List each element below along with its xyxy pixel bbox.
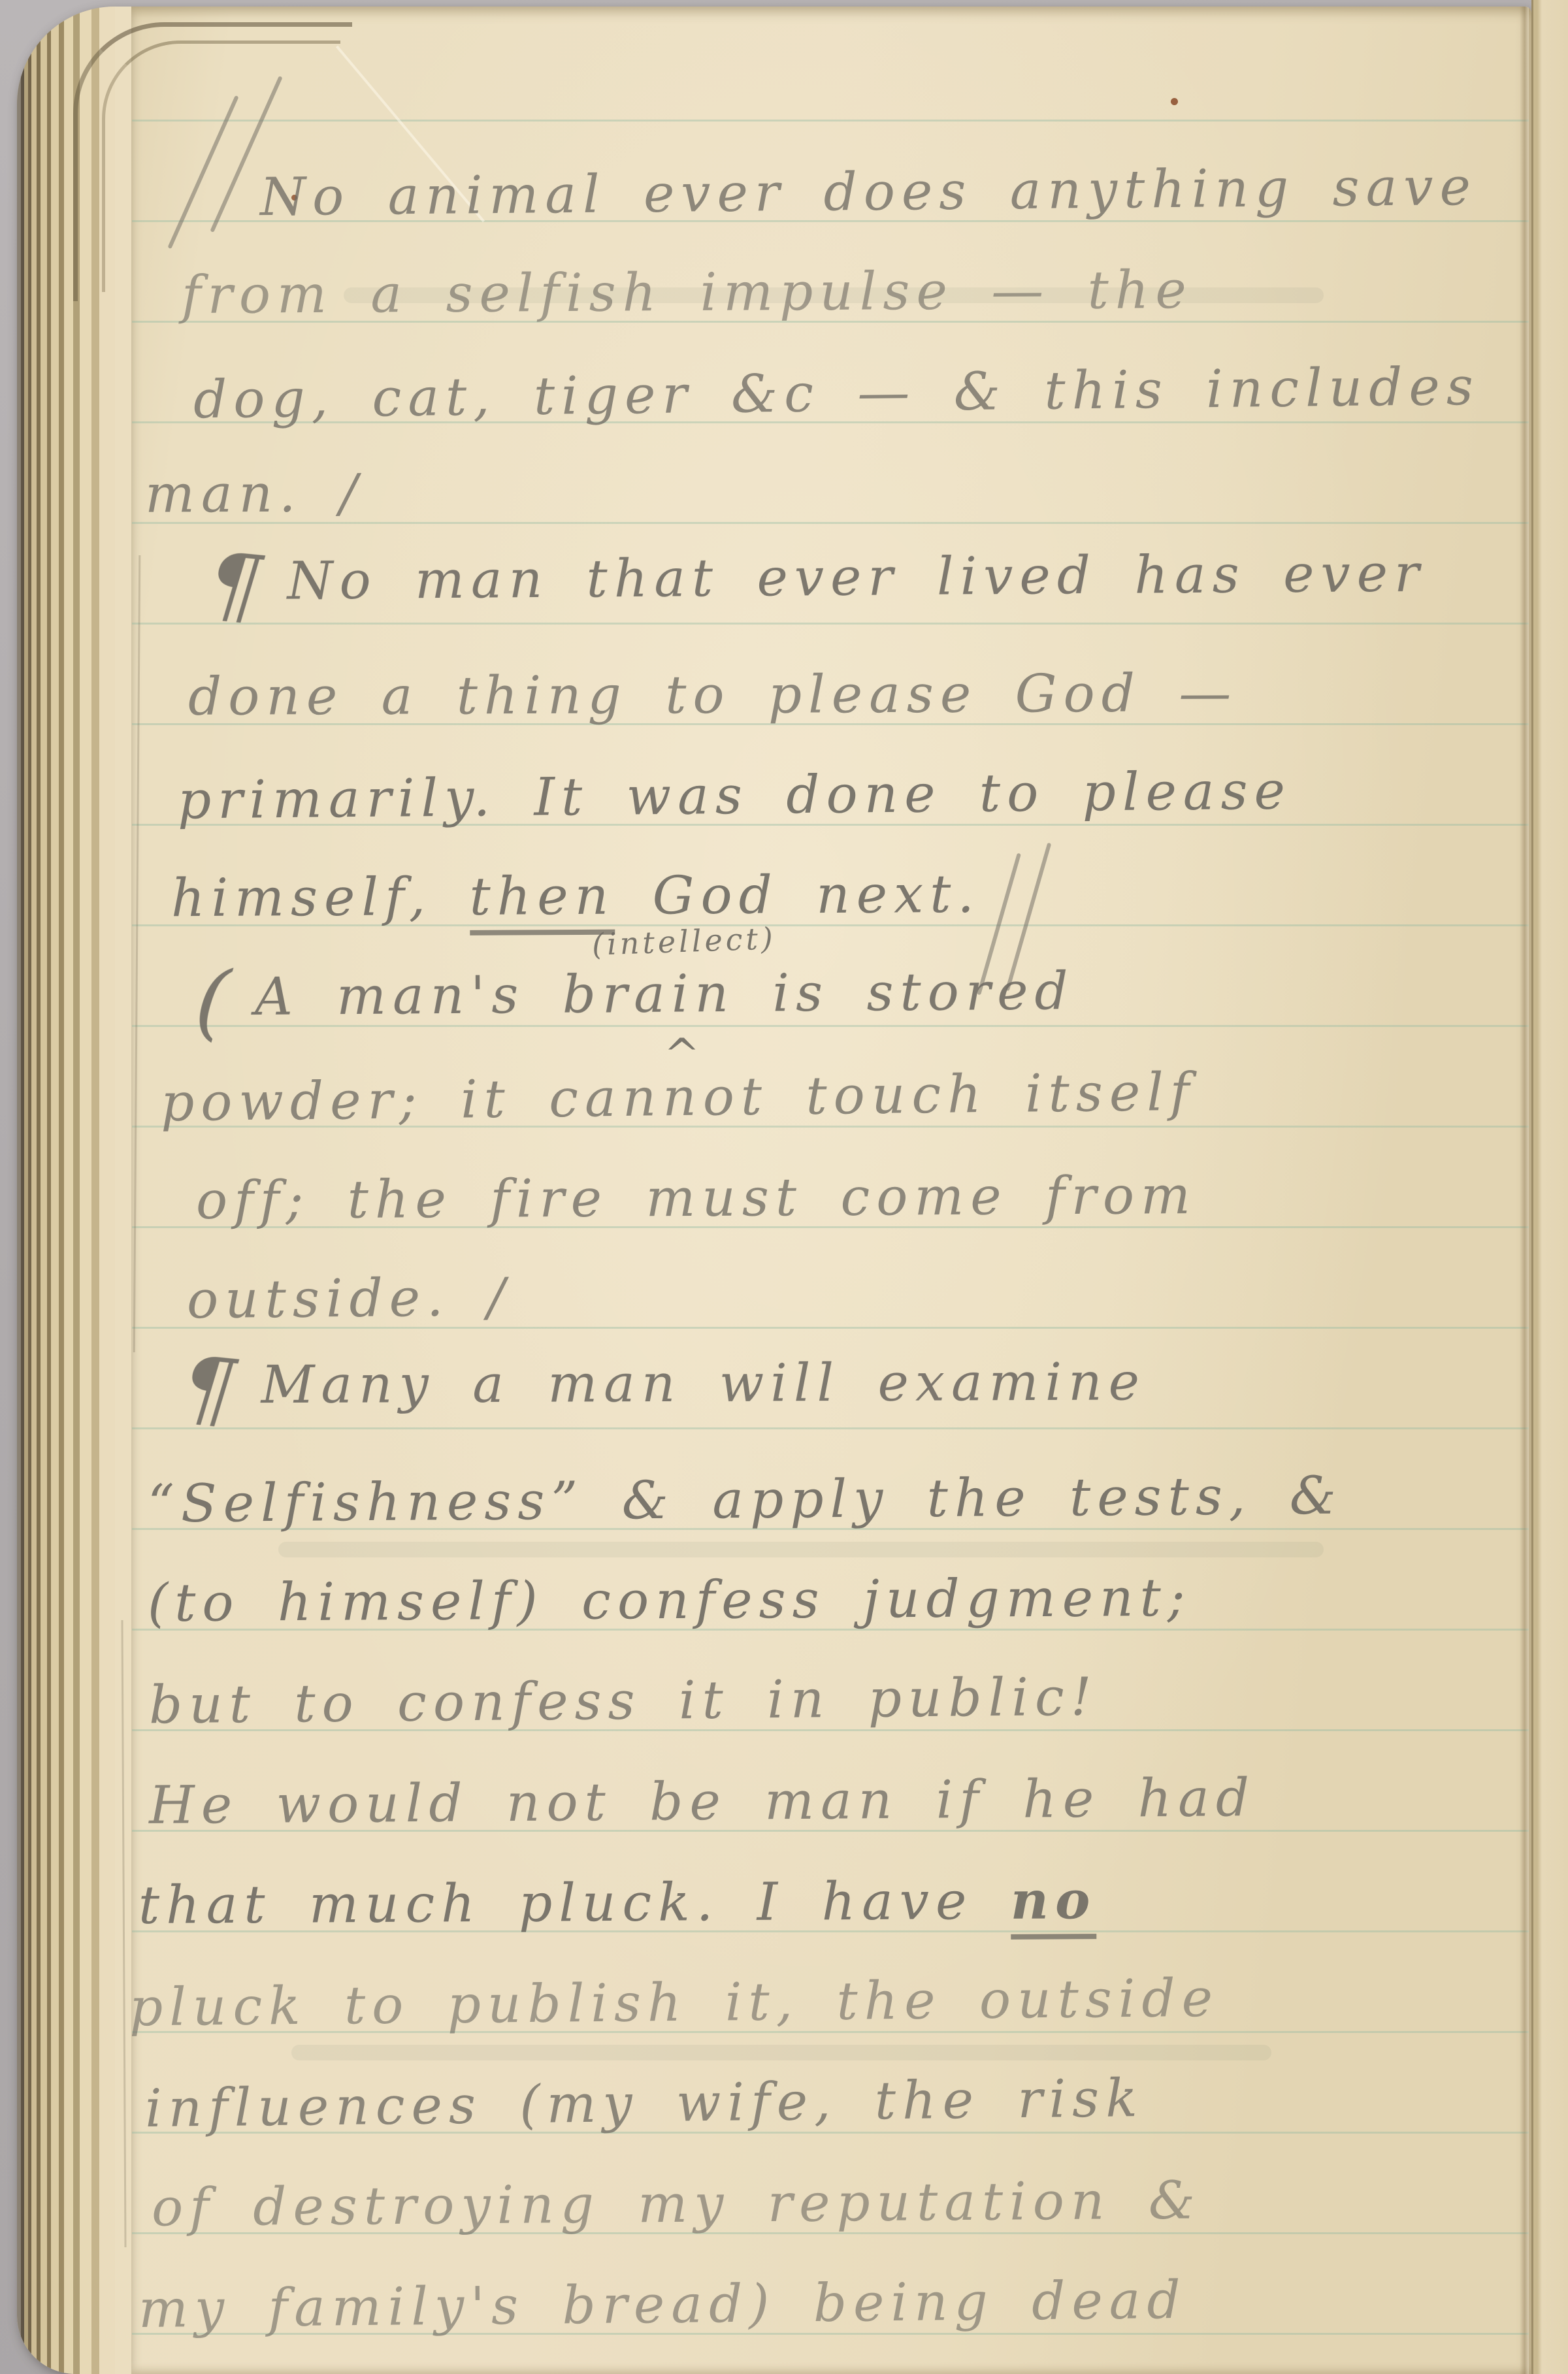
interline-insertion: (intellect) xyxy=(591,923,776,960)
line-text: No animal ever does anything save xyxy=(260,156,1478,227)
handwriting-line-10: powder; it cannot touch itself xyxy=(161,1065,1196,1131)
line-text: powder; it cannot touch itself xyxy=(161,1062,1196,1133)
handwriting-line-11: off; the fire must come from xyxy=(196,1168,1197,1228)
opening-paren-mark: ( xyxy=(196,1000,235,1004)
line-text: of destroying my reputation & xyxy=(152,2170,1202,2237)
underlined-word: then xyxy=(469,866,615,935)
handwriting-line-2: from a selfish impulse — the xyxy=(182,263,1193,323)
line-text: pluck to publish it, the outside xyxy=(129,1968,1220,2038)
handwriting-line-18: that much pluck. I have no xyxy=(139,1872,1097,1933)
line-text: A man's brain is stored xyxy=(255,960,1075,1027)
handwriting-line-15: (to himself) confess judgment; xyxy=(148,1570,1192,1631)
handwriting-line-16: but to confess it in public! xyxy=(149,1670,1098,1733)
line-text: done a thing to please God — xyxy=(188,662,1238,727)
adjacent-page-edge xyxy=(1531,0,1568,2374)
notebook-page: No animal ever does anything save from a… xyxy=(17,7,1531,2374)
line-text: He would not be man if he had xyxy=(149,1767,1256,1836)
line-text: No man that ever lived has ever xyxy=(287,542,1426,611)
handwriting-layer: No animal ever does anything save from a… xyxy=(17,7,1531,2374)
line-text: himself, xyxy=(171,866,470,928)
handwriting-line-20: influences (my wife, the risk xyxy=(145,2071,1144,2136)
line-text: “Selfishness” & apply the tests, & xyxy=(148,1465,1343,1535)
line-text: but to confess it in public! xyxy=(149,1667,1099,1736)
line-text: man. / xyxy=(145,463,364,524)
handwriting-line-12: outside. / xyxy=(187,1270,512,1327)
handwriting-line-13: ¶Many a man will examine xyxy=(182,1354,1146,1412)
handwriting-line-9: (A man's brain is stored xyxy=(196,964,1075,1024)
underlined-word: no xyxy=(1011,1869,1097,1940)
line-text: off; the fire must come from xyxy=(196,1165,1197,1231)
line-text: from a selfish impulse — the xyxy=(182,259,1193,325)
handwriting-line-1: No animal ever does anything save xyxy=(260,159,1478,225)
handwriting-line-3: dog, cat, tiger &c — & this includes xyxy=(193,359,1480,428)
handwriting-line-19: pluck to publish it, the outside xyxy=(129,1971,1220,2036)
paragraph-mark: ¶ xyxy=(182,1387,241,1393)
line-text: influences (my wife, the risk xyxy=(145,2068,1145,2139)
revision-slash-mark xyxy=(167,95,238,249)
line-text: that much pluck. I have xyxy=(139,1870,1011,1936)
handwriting-line-22: my family's bread) being dead xyxy=(139,2273,1187,2337)
handwriting-line-7: primarily. It was done to please xyxy=(178,764,1292,828)
line-text: outside. / xyxy=(187,1267,512,1330)
handwriting-line-4: man. / xyxy=(145,466,364,521)
handwriting-line-8: himself, then God next. xyxy=(171,867,981,926)
line-text: primarily. It was done to please xyxy=(178,760,1292,831)
line-text: dog, cat, tiger &c — & this includes xyxy=(193,356,1480,431)
line-text: God next. xyxy=(615,864,981,926)
line-text: (to himself) confess judgment; xyxy=(148,1567,1192,1633)
line-text: Many a man will examine xyxy=(261,1351,1146,1415)
handwriting-line-21: of destroying my reputation & xyxy=(152,2173,1202,2235)
paragraph-mark: ¶ xyxy=(208,583,267,589)
line-text: my family's bread) being dead xyxy=(139,2269,1187,2339)
scanner-background: No animal ever does anything save from a… xyxy=(0,0,1568,2374)
handwriting-line-5: ¶No man that ever lived has ever xyxy=(208,545,1426,609)
handwriting-line-14: “Selfishness” & apply the tests, & xyxy=(148,1469,1343,1532)
handwriting-line-6: done a thing to please God — xyxy=(188,666,1238,724)
handwriting-line-17: He would not be man if he had xyxy=(149,1770,1256,1833)
